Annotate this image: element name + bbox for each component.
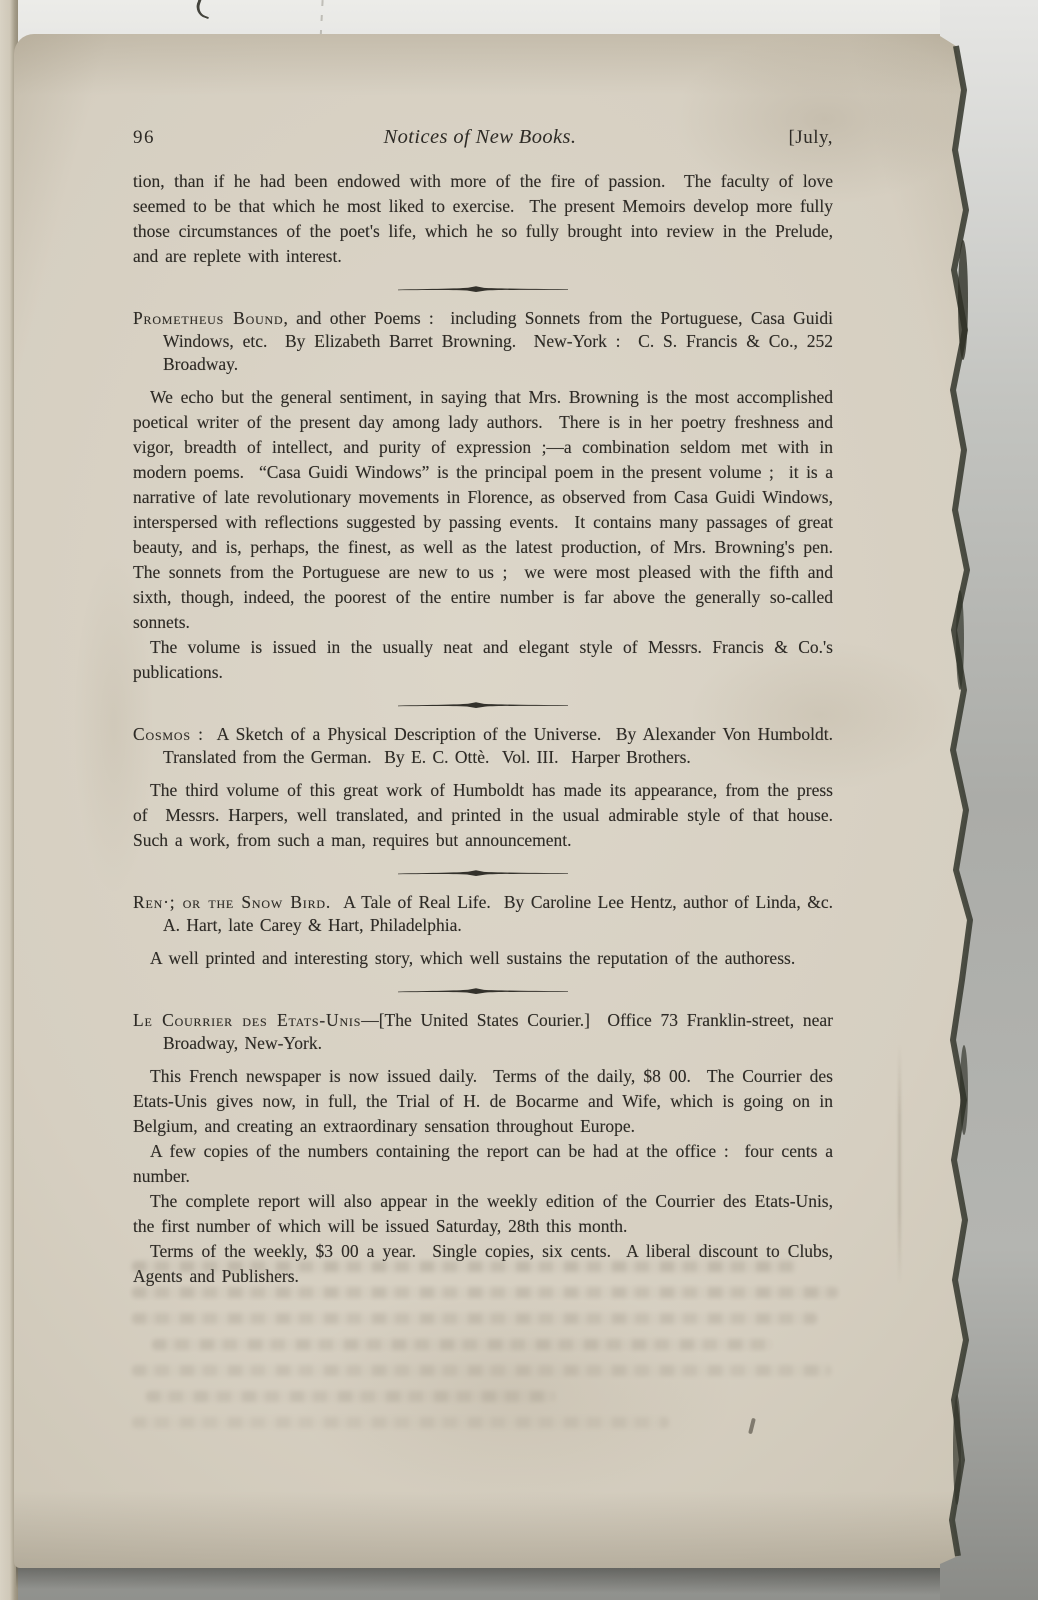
continuation-paragraph: tion, than if he had been endowed with m… [133, 169, 833, 269]
review-paragraph: The third volume of this great work of H… [133, 778, 833, 853]
page-number: 96 [133, 127, 223, 149]
bleed-line [146, 1391, 555, 1402]
review-paragraph: The volume is issued in the usually neat… [133, 635, 833, 685]
review-paragraph: A few copies of the numbers containing t… [133, 1139, 833, 1189]
running-title: Notices of New Books. [223, 126, 737, 149]
book-title-heading: Ren·; or the Snow Bird. A Tale of Real L… [133, 891, 833, 937]
book-title-heading: Prometheus Bound, and other Poems : incl… [133, 307, 833, 376]
section-divider [398, 701, 568, 710]
bleed-line [132, 1261, 796, 1272]
paper-crease [898, 1044, 901, 1284]
bleed-line [132, 1365, 831, 1376]
bleed-line [132, 1417, 669, 1428]
review-paragraph: The complete report will also appear in … [133, 1189, 833, 1239]
bleed-line [152, 1339, 773, 1350]
book-title: Prometheus Bound [133, 308, 284, 328]
notice-section-snow-bird: Ren·; or the Snow Bird. A Tale of Real L… [133, 891, 833, 971]
book-title: Cosmos [133, 724, 191, 744]
divider-ornament [398, 701, 568, 710]
review-paragraph: A well printed and interesting story, wh… [133, 946, 833, 971]
bleed-line [132, 1313, 817, 1324]
book-title-detail: : A Sketch of a Physical Description of … [163, 724, 846, 767]
notice-section-prometheus-bound: Prometheus Bound, and other Poems : incl… [133, 307, 833, 685]
notice-section-cosmos: Cosmos : A Sketch of a Physical Descript… [133, 723, 833, 853]
book-title: Ren·; or the Snow Bird. [133, 892, 331, 912]
bleed-line [132, 1287, 838, 1298]
issue-date: [July, [737, 127, 833, 149]
section-divider [398, 285, 568, 294]
book-page: 96 Notices of New Books. [July, tion, th… [14, 34, 968, 1568]
section-divider [398, 987, 568, 996]
divider-ornament [398, 285, 568, 294]
book-title: Le Courrier des Etats-Unis [133, 1010, 361, 1030]
bleed-through-text [132, 1246, 838, 1443]
review-paragraph: This French newspaper is now issued dail… [133, 1064, 833, 1139]
book-title-heading: Cosmos : A Sketch of a Physical Descript… [133, 723, 833, 769]
divider-ornament [398, 987, 568, 996]
section-divider [398, 869, 568, 878]
book-title-heading: Le Courrier des Etats-Unis—[The United S… [133, 1009, 833, 1055]
divider-ornament [398, 869, 568, 878]
page-header: 96 Notices of New Books. [July, [133, 126, 833, 149]
page-content: 96 Notices of New Books. [July, tion, th… [133, 126, 833, 1289]
review-paragraph: We echo but the general sentiment, in sa… [133, 385, 833, 635]
torn-page-edge [940, 0, 1038, 1600]
photo-scene: 96 Notices of New Books. [July, tion, th… [0, 0, 1038, 1600]
